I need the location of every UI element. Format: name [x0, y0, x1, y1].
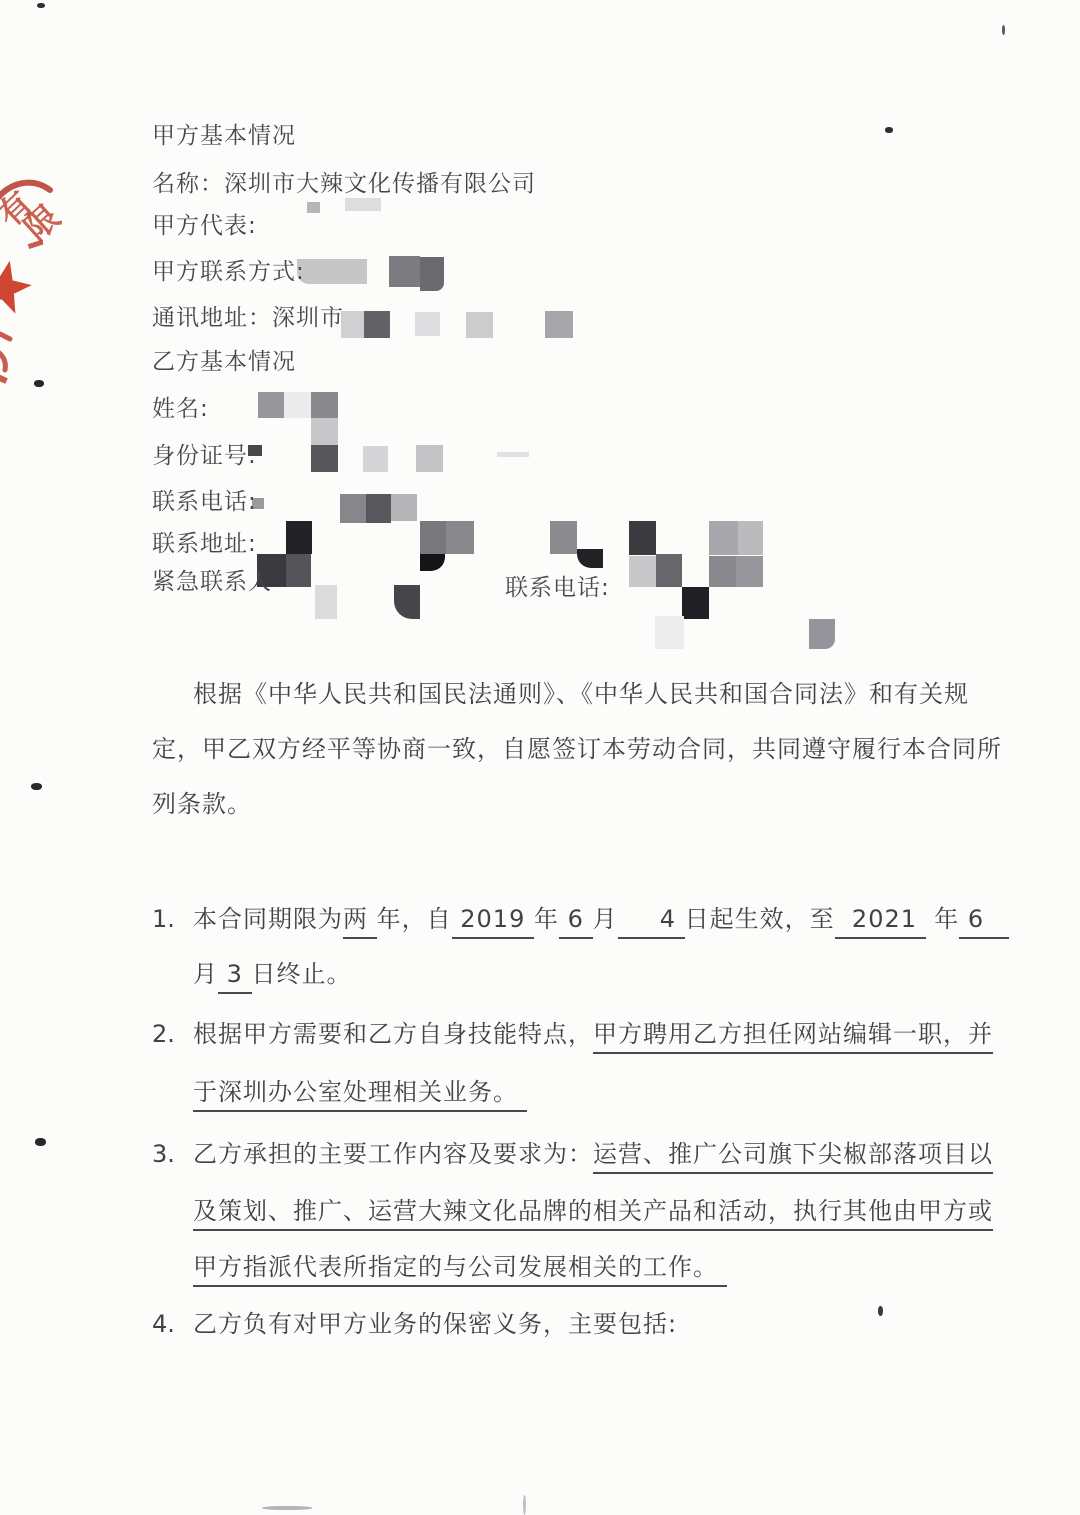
redaction-block	[391, 494, 417, 521]
preamble-line: 根据《中华人民共和国民法通则》、《中华人民共和国合同法》和有关规	[193, 679, 969, 709]
redaction-block	[389, 256, 420, 287]
redaction-block	[315, 585, 337, 619]
party-a-address-row: 通讯地址：深圳市	[152, 303, 344, 333]
underlined-fill-in: 2021	[835, 905, 926, 939]
text-segment: 年	[926, 905, 960, 933]
field-label: 名称：	[152, 171, 224, 197]
redaction-block	[736, 556, 763, 587]
party-b-phone-label: 联系电话:	[152, 487, 257, 517]
redaction-block	[738, 521, 763, 555]
redaction-block	[420, 257, 444, 291]
redaction-block	[307, 202, 320, 213]
clause-3-line-1: 乙方承担的主要工作内容及要求为：运营、推广公司旗下尖椒部落项目以	[193, 1139, 993, 1169]
redaction-block	[311, 445, 338, 472]
clause-3-number: 3.	[152, 1139, 175, 1169]
text-segment: 乙方承担的主要工作内容及要求为：	[193, 1140, 593, 1168]
clause-4-number: 4.	[152, 1309, 175, 1339]
redaction-block	[284, 392, 311, 418]
scan-speck	[31, 783, 42, 790]
redaction-block	[629, 556, 656, 587]
underlined-fill-in: 及策划、推广、运营大辣文化品牌的相关产品和活动，执行其他由甲方或	[193, 1197, 993, 1231]
redaction-block	[709, 556, 736, 587]
text-segment: 年，自	[377, 905, 452, 933]
scan-speck	[37, 3, 45, 8]
underlined-fill-in: 于深圳办公室处理相关业务。	[193, 1078, 527, 1112]
text-segment: 年	[534, 905, 559, 933]
text-segment: 月	[193, 960, 218, 988]
clause-3-line-2: 及策划、推广、运营大辣文化品牌的相关产品和活动，执行其他由甲方或	[193, 1196, 993, 1226]
redaction-block	[416, 445, 443, 472]
underlined-fill-in: 6	[959, 905, 1009, 939]
scan-speck	[262, 1506, 312, 1510]
clause-2-line-2: 于深圳办公室处理相关业务。	[193, 1077, 527, 1107]
underlined-fill-in: 2019	[452, 905, 534, 939]
redaction-block	[394, 585, 420, 619]
party-a-section-title: 甲方基本情况	[152, 121, 296, 151]
clause-1-line-2: 月 3 日终止。	[193, 959, 352, 989]
scanned-contract-page: 有 限 甲方基本情况 名称：深圳市大辣文化传播有限公司 甲方代表: 甲方联系方式…	[0, 0, 1080, 1515]
party-a-name-row: 名称：深圳市大辣文化传播有限公司	[152, 169, 536, 199]
underlined-fill-in: 甲方聘用乙方担任网站编辑一职，并	[593, 1020, 993, 1054]
redaction-block	[682, 587, 709, 619]
redaction-block	[364, 311, 390, 338]
underlined-fill-in: 6	[559, 905, 593, 939]
underlined-fill-in: 甲方指派代表所指定的与公司发展相关的工作。	[193, 1253, 727, 1287]
party-b-section-title: 乙方基本情况	[152, 347, 296, 377]
scan-speck	[1002, 25, 1005, 35]
scan-speck	[878, 1306, 883, 1316]
clause-2-line-1: 根据甲方需要和乙方自身技能特点，甲方聘用乙方担任网站编辑一职，并	[193, 1019, 993, 1049]
party-b-name-label: 姓名:	[152, 394, 209, 424]
party-b-address-label: 联系地址:	[152, 529, 257, 559]
preamble-line: 列条款。	[152, 789, 252, 819]
field-value: 深圳市	[272, 305, 344, 331]
redaction-block	[545, 311, 573, 338]
redaction-block	[258, 392, 284, 418]
redaction-block	[420, 554, 445, 571]
redaction-block	[286, 554, 311, 587]
underlined-fill-in: 两	[343, 905, 377, 939]
redaction-block	[577, 549, 603, 568]
redaction-block	[550, 521, 577, 554]
clause-3-line-3: 甲方指派代表所指定的与公司发展相关的工作。	[193, 1252, 727, 1282]
text-segment: 根据甲方需要和乙方自身技能特点，	[193, 1020, 593, 1048]
redaction-block	[809, 619, 835, 649]
clause-1-line-1: 本合同期限为两 年，自 2019 年 6 月 4 日起生效，至 2021 年 6	[193, 904, 1009, 934]
scan-speck	[523, 1495, 526, 1515]
field-label: 通讯地址：	[152, 305, 272, 331]
scan-speck	[34, 380, 44, 387]
text-segment: 本合同期限为	[193, 905, 343, 933]
redaction-block	[629, 521, 656, 555]
text-segment: 月	[593, 905, 618, 933]
redaction-block	[446, 521, 474, 554]
clause-4-line-1: 乙方负有对甲方业务的保密义务，主要包括:	[193, 1309, 677, 1339]
redaction-block	[656, 554, 682, 587]
emergency-phone-label: 联系电话:	[505, 573, 610, 603]
party-a-contact-label: 甲方联系方式:	[152, 257, 305, 287]
text-segment: 日终止。	[252, 960, 352, 988]
redaction-block	[497, 452, 529, 457]
clause-2-number: 2.	[152, 1019, 175, 1049]
redaction-block	[415, 312, 440, 336]
redaction-block	[466, 312, 493, 338]
redaction-block	[366, 494, 391, 523]
preamble-line: 定，甲乙双方经平等协商一致，自愿签订本劳动合同，共同遵守履行本合同所	[152, 734, 1002, 764]
field-value: 深圳市大辣文化传播有限公司	[224, 171, 536, 197]
redaction-block	[363, 446, 388, 472]
redaction-block	[286, 521, 312, 554]
scan-speck	[885, 127, 893, 133]
text-segment: 乙方负有对甲方业务的保密义务，主要包括:	[193, 1310, 677, 1338]
redaction-block	[341, 311, 364, 338]
underlined-fill-in: 4	[618, 905, 685, 939]
party-a-representative-label: 甲方代表:	[152, 211, 257, 241]
redaction-block	[420, 521, 446, 554]
redaction-block	[311, 392, 338, 418]
redaction-block	[345, 198, 381, 211]
company-seal-stamp: 有 限	[0, 158, 76, 396]
redaction-block	[297, 259, 367, 284]
text-segment: 日起生效，至	[685, 905, 835, 933]
underlined-fill-in: 3	[218, 960, 252, 994]
redaction-block	[655, 616, 684, 649]
redaction-block	[340, 494, 366, 523]
underlined-fill-in: 运营、推广公司旗下尖椒部落项目以	[593, 1140, 993, 1174]
party-b-id-label: 身份证号:	[152, 441, 257, 471]
clause-1-number: 1.	[152, 904, 175, 934]
emergency-contact-label: 紧急联系人	[152, 567, 272, 597]
redaction-block	[311, 418, 338, 445]
redaction-block	[709, 521, 738, 555]
scan-speck	[35, 1138, 46, 1146]
stamp-star	[0, 255, 36, 316]
